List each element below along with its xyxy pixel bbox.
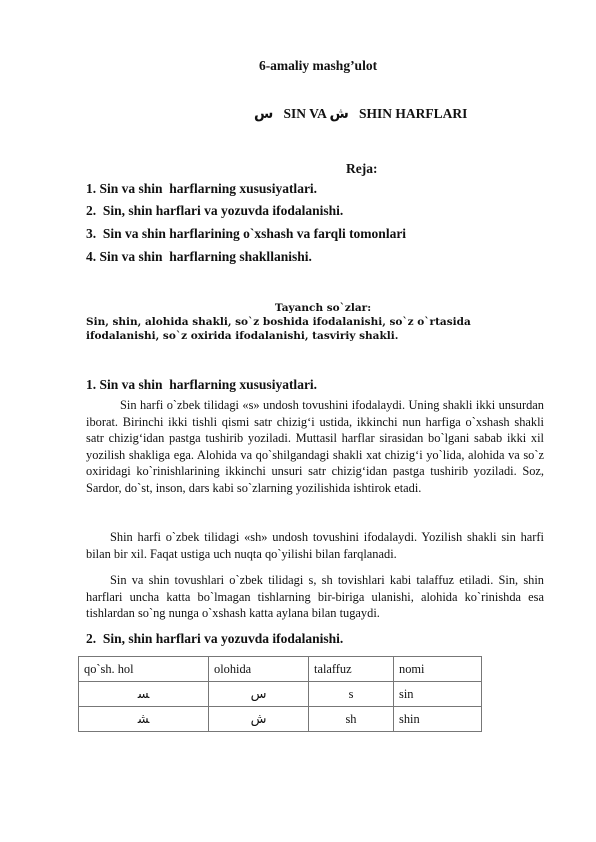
paragraph-text: Shin harfi o`zbek tilidagi «sh» undosh t… bbox=[86, 530, 544, 561]
subtitle-part1: SIN VA bbox=[283, 106, 326, 121]
table-cell: sh bbox=[309, 707, 394, 732]
paragraph-text: Sin harfi o`zbek tilidagi «s» undosh tov… bbox=[86, 398, 544, 495]
letter-shin: ش bbox=[329, 106, 348, 122]
document-subtitle: س SIN VA ش SHIN HARFLARI bbox=[254, 106, 467, 122]
paragraph: Sin harfi o`zbek tilidagi «s» undosh tov… bbox=[86, 397, 544, 496]
plan-item: 2. Sin, shin harflari va yozuvda ifodala… bbox=[86, 203, 343, 219]
section2-heading: 2. Sin, shin harflari va yozuvda ifodala… bbox=[86, 631, 343, 647]
table-cell: ﺸ bbox=[79, 707, 209, 732]
plan-item: 1. Sin va shin harflarning xususiyatlari… bbox=[86, 181, 317, 197]
document-title: 6-amaliy mashg’ulot bbox=[0, 58, 596, 74]
plan-item: 4. Sin va shin harflarning shakllanishi. bbox=[86, 249, 312, 265]
letters-table: qo`sh. hol olohida talaffuz nomi ﺴ س s s… bbox=[78, 656, 482, 732]
table-header: nomi bbox=[394, 657, 482, 682]
paragraph-text: Sin va shin tovushlari o`zbek tilidagi s… bbox=[86, 573, 544, 620]
table-header: olohida bbox=[209, 657, 309, 682]
table-header: qo`sh. hol bbox=[79, 657, 209, 682]
table-cell: ش bbox=[209, 707, 309, 732]
table-cell: س bbox=[209, 682, 309, 707]
section1-heading: 1. Sin va shin harflarning xususiyatlari… bbox=[86, 377, 317, 393]
table-header-row: qo`sh. hol olohida talaffuz nomi bbox=[79, 657, 482, 682]
table-row: ﺴ س s sin bbox=[79, 682, 482, 707]
paragraph: Sin va shin tovushlari o`zbek tilidagi s… bbox=[86, 572, 544, 622]
subtitle-part2: SHIN HARFLARI bbox=[359, 106, 467, 121]
table-cell: sin bbox=[394, 682, 482, 707]
plan-item: 3. Sin va shin harflarining o`xshash va … bbox=[86, 226, 406, 242]
table-row: ﺸ ش sh shin bbox=[79, 707, 482, 732]
paragraph: Shin harfi o`zbek tilidagi «sh» undosh t… bbox=[86, 529, 544, 562]
keywords-heading: Tayanch so`zlar: bbox=[0, 302, 596, 314]
letter-sin: س bbox=[254, 106, 273, 122]
table-header: talaffuz bbox=[309, 657, 394, 682]
table-cell: ﺴ bbox=[79, 682, 209, 707]
table-cell: s bbox=[309, 682, 394, 707]
table-cell: shin bbox=[394, 707, 482, 732]
plan-heading: Reja: bbox=[346, 161, 377, 177]
keywords-text: Sin, shin, alohida shakli, so`z boshida … bbox=[86, 315, 542, 343]
